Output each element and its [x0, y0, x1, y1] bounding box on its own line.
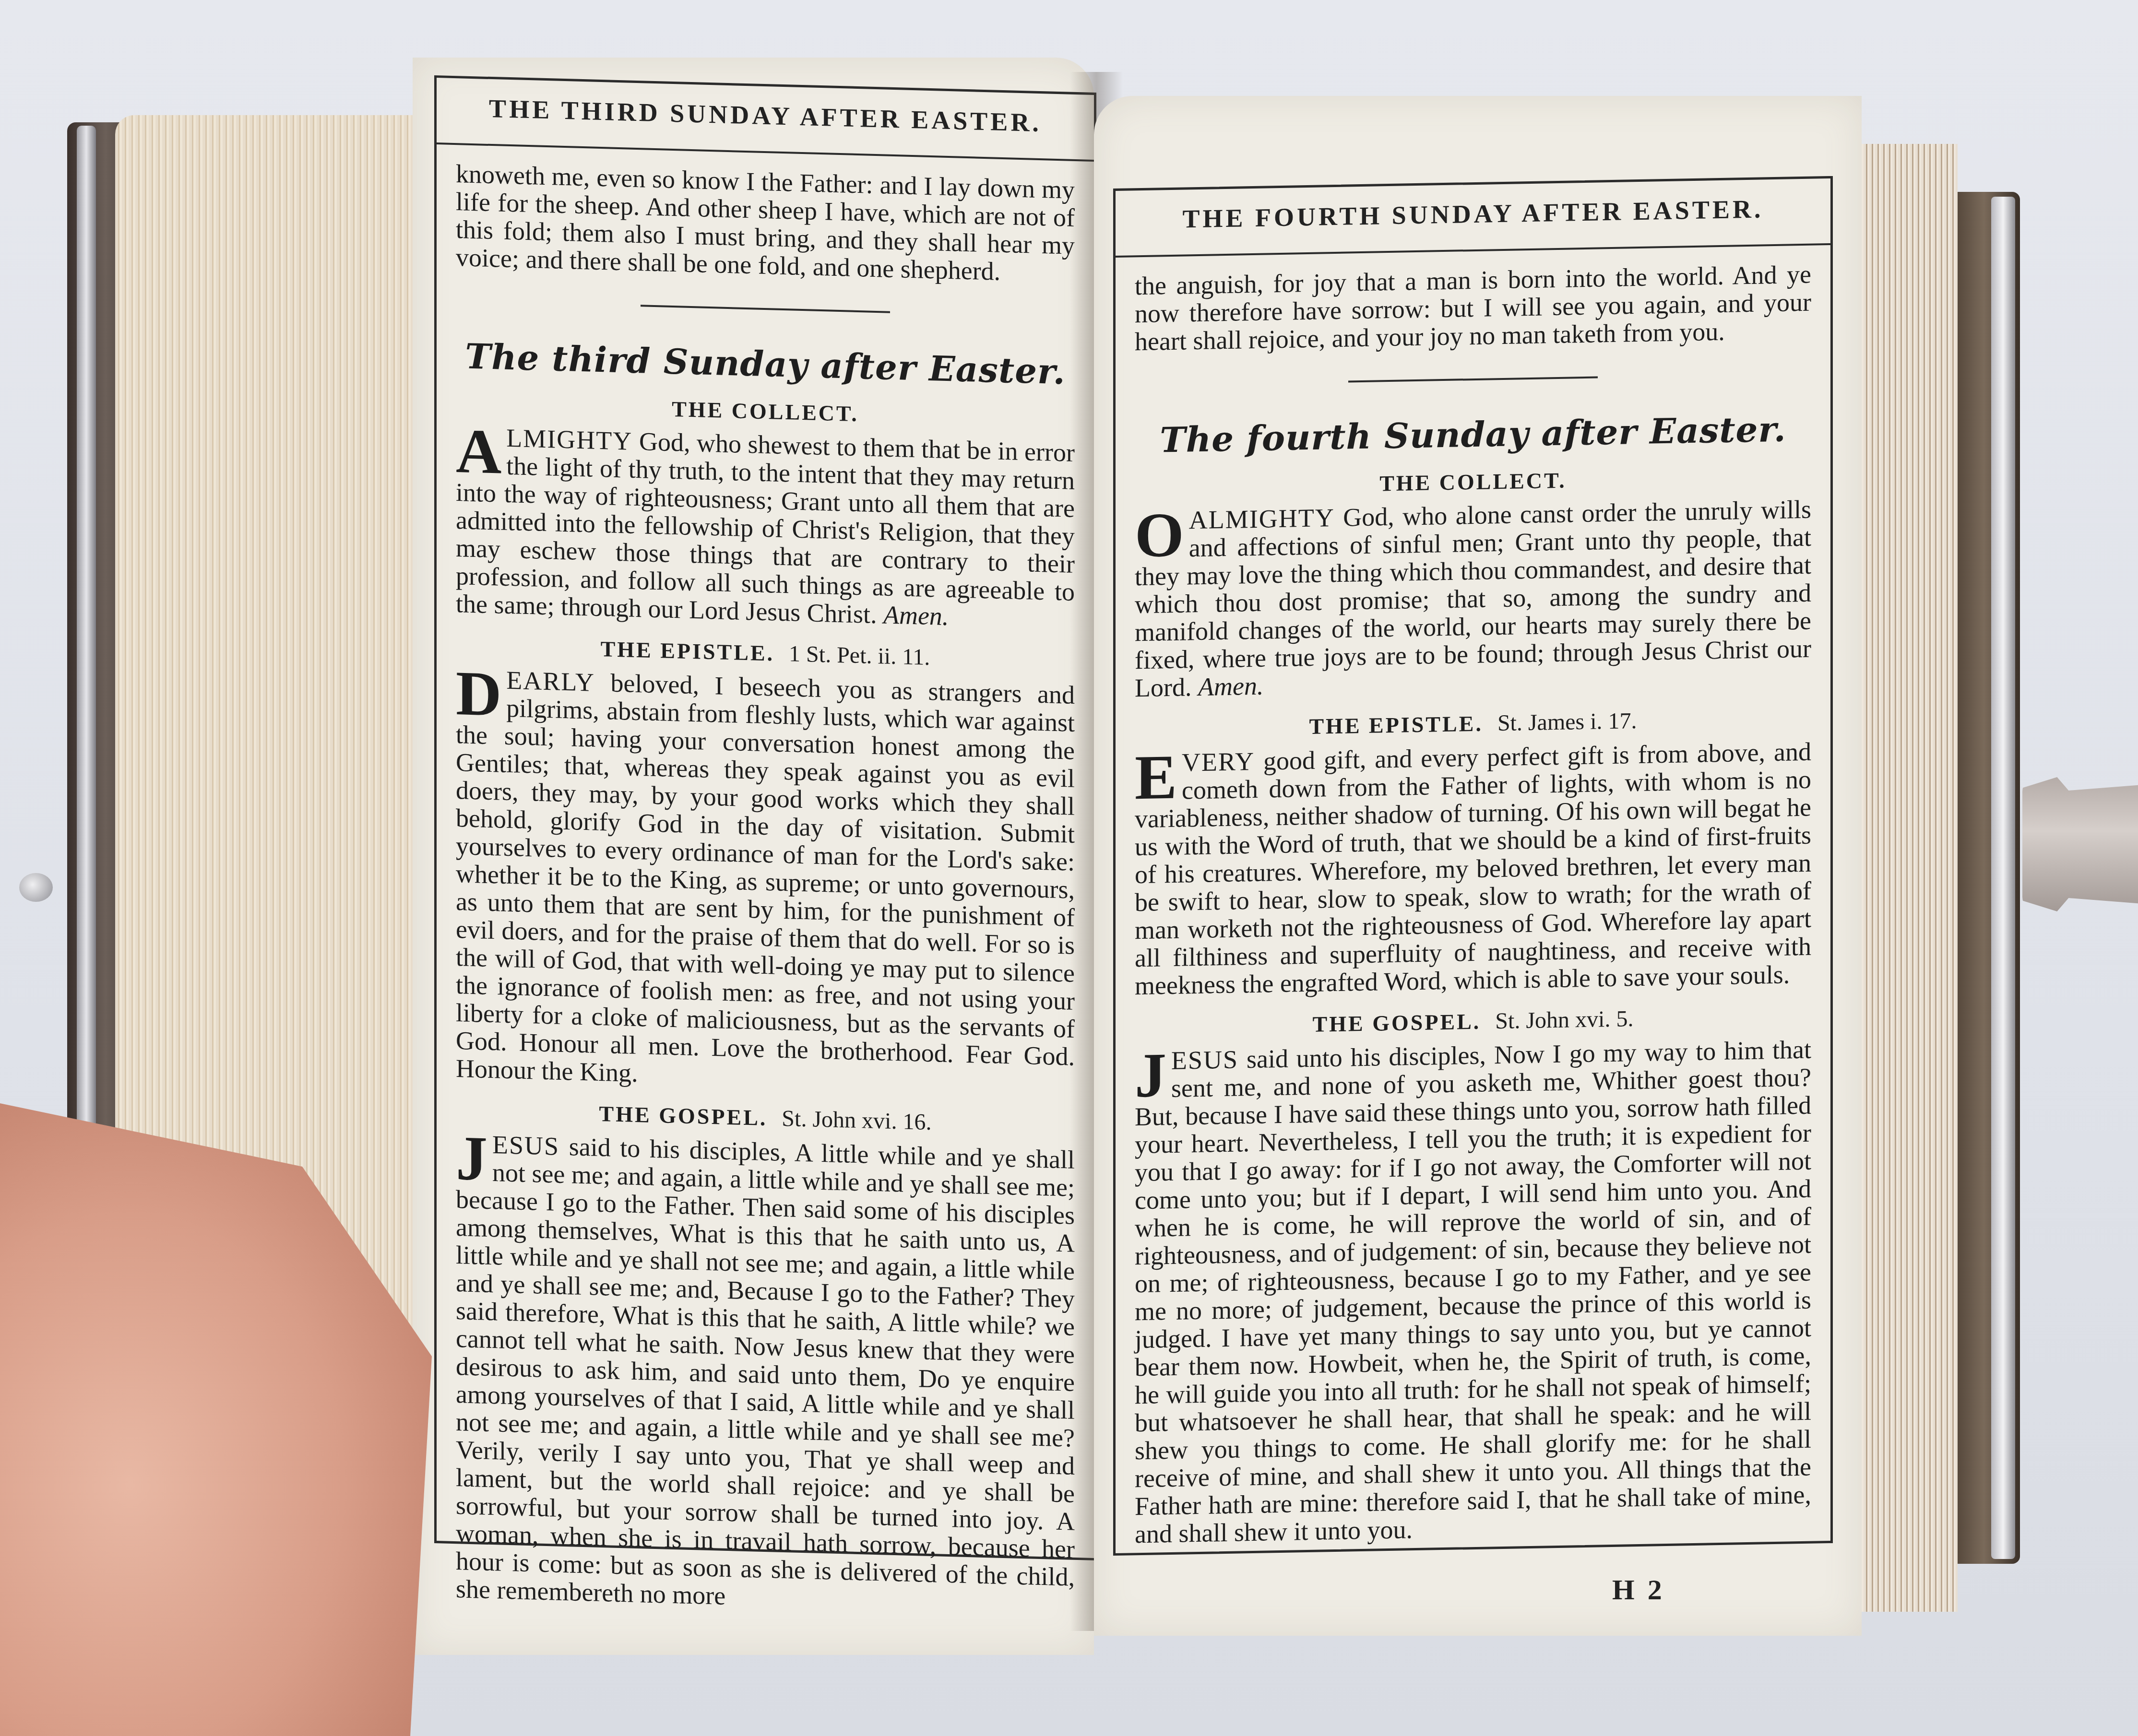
drop-cap: A: [456, 425, 501, 478]
collect-body: God, who shewest to them that be in erro…: [456, 427, 1075, 629]
drop-cap: D: [456, 667, 501, 720]
epistle-body: beloved, I beseech you as strangers and …: [456, 668, 1075, 1087]
gospel-reference: St. John xvi. 16.: [782, 1106, 931, 1135]
epistle-text: EVERY good gift, and every perfect gift …: [1135, 738, 1811, 1000]
lead-word: ESUS: [1171, 1045, 1238, 1075]
section-title: The fourth Sunday after Easter.: [1135, 408, 1811, 461]
photo-scene: THE THIRD SUNDAY AFTER EASTER. knoweth m…: [0, 0, 2138, 1736]
drop-cap: J: [1135, 1049, 1166, 1102]
running-head: THE THIRD SUNDAY AFTER EASTER.: [437, 92, 1094, 139]
epistle-label: THE EPISTLE.: [601, 637, 774, 665]
gospel-heading: THE GOSPEL.St. John xvi. 5.: [1135, 1003, 1811, 1041]
left-page-content: knoweth me, even so know I the Father: a…: [456, 160, 1075, 1619]
metal-clasp: [2022, 777, 2138, 911]
lead-word: ESUS: [492, 1130, 559, 1161]
section-title: The third Sunday after Easter.: [456, 335, 1075, 392]
amen: Amen.: [883, 600, 949, 631]
gospel-reference: St. John xvi. 5.: [1495, 1006, 1633, 1034]
right-page-frame: THE FOURTH SUNDAY AFTER EASTER. the angu…: [1113, 176, 1833, 1556]
signature-mark: H 2: [1612, 1573, 1665, 1606]
drop-cap: O: [1135, 508, 1184, 562]
epistle-body: good gift, and every perfect gift is fro…: [1135, 737, 1811, 1001]
page-block-edge-right: [1852, 144, 1958, 1612]
continuation-text: knoweth me, even so know I the Father: a…: [456, 160, 1075, 287]
gospel-label: THE GOSPEL.: [1313, 1009, 1481, 1037]
gospel-text: JESUS said unto his disciples, Now I go …: [1135, 1036, 1811, 1548]
epistle-reference: 1 St. Pet. ii. 11.: [789, 641, 930, 670]
lead-word: EARLY: [506, 666, 595, 697]
header-rule: [1116, 243, 1830, 258]
drop-cap: J: [456, 1132, 487, 1185]
lead-word: VERY: [1182, 747, 1255, 777]
gospel-label: THE GOSPEL.: [599, 1101, 768, 1130]
epistle-heading: THE EPISTLE.St. James i. 17.: [1135, 705, 1811, 743]
amen: Amen.: [1198, 672, 1263, 701]
header-rule: [437, 142, 1094, 162]
collect-text: OALMIGHTY God, who alone canst order the…: [1135, 496, 1811, 702]
collect-heading: THE COLLECT.: [1135, 463, 1811, 501]
lead-word: LMIGHTY: [506, 424, 632, 456]
epistle-reference: St. James i. 17.: [1497, 708, 1637, 736]
left-page-frame: THE THIRD SUNDAY AFTER EASTER. knoweth m…: [434, 75, 1096, 1560]
collect-text: ALMIGHTY God, who shewest to them that b…: [456, 423, 1075, 634]
section-divider: [641, 305, 890, 313]
lead-word: ALMIGHTY: [1189, 503, 1335, 534]
metal-rim-right: [1991, 197, 2015, 1559]
epistle-label: THE EPISTLE.: [1309, 711, 1483, 739]
clasp-pin: [19, 873, 53, 902]
continuation-text: the anguish, for joy that a man is born …: [1135, 260, 1811, 356]
right-page-content: the anguish, for joy that a man is born …: [1135, 260, 1811, 1548]
gospel-body: said unto his disciples, Now I go my way…: [1135, 1035, 1811, 1549]
gospel-body: said to his disciples, A little while an…: [456, 1132, 1075, 1610]
section-divider: [1348, 376, 1598, 382]
running-head: THE FOURTH SUNDAY AFTER EASTER.: [1116, 193, 1830, 235]
epistle-text: DEARLY beloved, I beseech you as strange…: [456, 665, 1075, 1098]
drop-cap: E: [1135, 751, 1177, 804]
gospel-text: JESUS said to his disciples, A little wh…: [456, 1130, 1075, 1619]
